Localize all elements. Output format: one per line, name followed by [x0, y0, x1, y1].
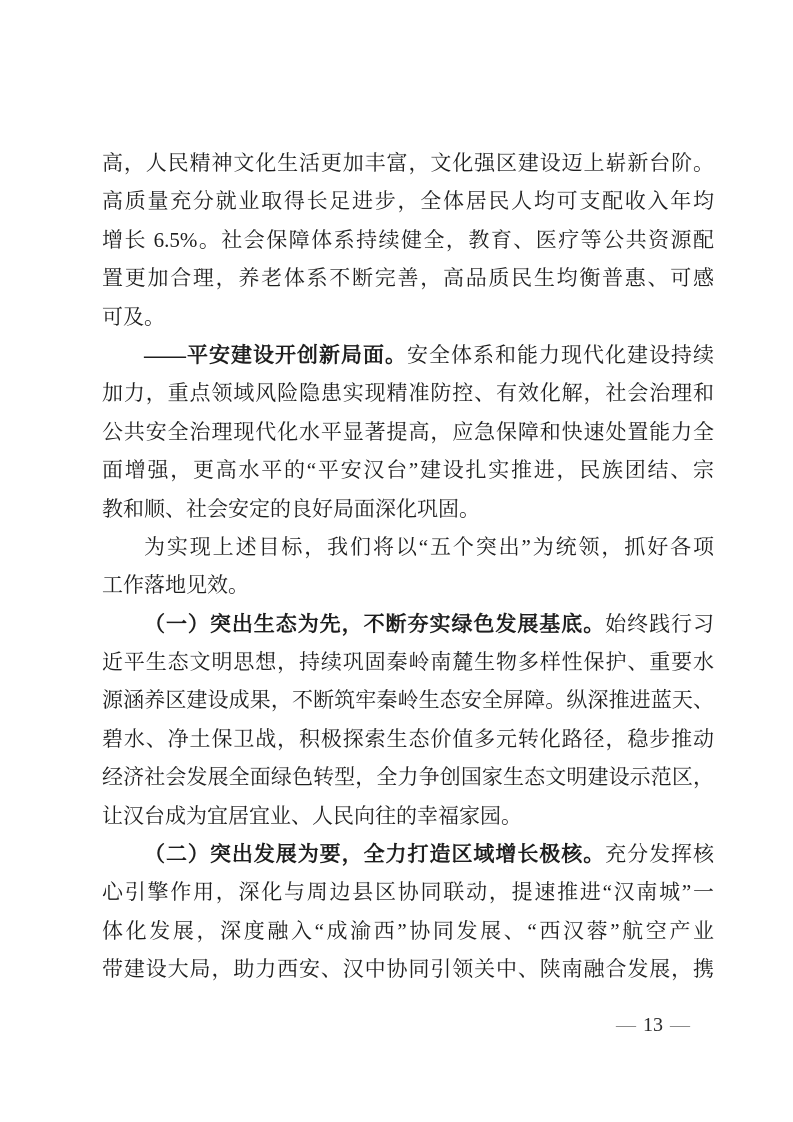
- text-line: 高，人民精神文化生活更加丰富，文化强区建设迈上崭新台阶。: [102, 144, 714, 182]
- paragraph-lead-rest: 充分发挥核: [605, 842, 714, 866]
- text-line: 高质量充分就业取得长足进步，全体居民人均可支配收入年均: [102, 182, 714, 220]
- text-line: 经济社会发展全面绿色转型，全力争创国家生态文明建设示范区，: [102, 758, 714, 796]
- text-line: 心引擎作用，深化与周边县区协同联动，提速推进“汉南城”一: [102, 873, 714, 911]
- document-body: 高，人民精神文化生活更加丰富，文化强区建设迈上崭新台阶。 高质量充分就业取得长足…: [102, 144, 714, 989]
- text-line: 带建设大局，助力西安、汉中协同引领关中、陕南融合发展，携: [102, 950, 714, 988]
- page-number-dash-left: —: [609, 1014, 643, 1036]
- text-line: 体化发展，深度融入“成渝西”协同发展、“西汉蓉”航空产业: [102, 912, 714, 950]
- text-line: 源涵养区建设成果，不断筑牢秦岭生态安全屏障。纵深推进蓝天、: [102, 681, 714, 719]
- text-line: 加力，重点领域风险隐患实现精准防控、有效化解，社会治理和: [102, 374, 714, 412]
- paragraph-lead: （一）突出生态为先，不断夯实绿色发展基底。: [144, 612, 605, 636]
- paragraph-lead-rest: 始终践行习: [605, 612, 714, 636]
- page-number: 13: [643, 1014, 663, 1036]
- paragraph-goals: 为实现上述目标，我们将以“五个突出”为统领，抓好各项 工作落地见效。: [102, 528, 714, 605]
- text-line: （二）突出发展为要，全力打造区域增长极核。充分发挥核: [102, 835, 714, 873]
- text-line: 近平生态文明思想，持续巩固秦岭南麓生物多样性保护、重要水: [102, 643, 714, 681]
- document-page: 高，人民精神文化生活更加丰富，文化强区建设迈上崭新台阶。 高质量充分就业取得长足…: [0, 0, 793, 1122]
- text-line: 工作落地见效。: [102, 566, 714, 604]
- text-line: （一）突出生态为先，不断夯实绿色发展基底。始终践行习: [102, 605, 714, 643]
- text-line: 为实现上述目标，我们将以“五个突出”为统领，抓好各项: [102, 528, 714, 566]
- page-footer: —13—: [609, 1012, 697, 1038]
- text-line: 面增强，更高水平的“平安汉台”建设扎实推进，民族团结、宗: [102, 451, 714, 489]
- text-line: 让汉台成为宜居宜业、人民向往的幸福家园。: [102, 797, 714, 835]
- text-line: 公共安全治理现代化水平显著提高，应急保障和快速处置能力全: [102, 413, 714, 451]
- text-line: 碧水、净土保卫战，积极探索生态价值多元转化路径，稳步推动: [102, 720, 714, 758]
- paragraph-item-two: （二）突出发展为要，全力打造区域增长极核。充分发挥核 心引擎作用，深化与周边县区…: [102, 835, 714, 989]
- paragraph-lead-rest: 安全体系和能力现代化建设持续: [407, 343, 714, 367]
- paragraph-item-one: （一）突出生态为先，不断夯实绿色发展基底。始终践行习 近平生态文明思想，持续巩固…: [102, 605, 714, 835]
- text-line: 置更加合理，养老体系不断完善，高品质民生均衡普惠、可感: [102, 259, 714, 297]
- text-line: ——平安建设开创新局面。安全体系和能力现代化建设持续: [102, 336, 714, 374]
- text-line: 增长 6.5%。社会保障体系持续健全，教育、医疗等公共资源配: [102, 221, 714, 259]
- paragraph-continued: 高，人民精神文化生活更加丰富，文化强区建设迈上崭新台阶。 高质量充分就业取得长足…: [102, 144, 714, 336]
- page-number-dash-right: —: [663, 1014, 697, 1036]
- paragraph-lead: ——平安建设开创新局面。: [144, 343, 407, 367]
- paragraph-lead: （二）突出发展为要，全力打造区域增长极核。: [144, 842, 605, 866]
- text-line: 可及。: [102, 298, 714, 336]
- text-line: 教和顺、社会安定的良好局面深化巩固。: [102, 490, 714, 528]
- paragraph-dash-item: ——平安建设开创新局面。安全体系和能力现代化建设持续 加力，重点领域风险隐患实现…: [102, 336, 714, 528]
